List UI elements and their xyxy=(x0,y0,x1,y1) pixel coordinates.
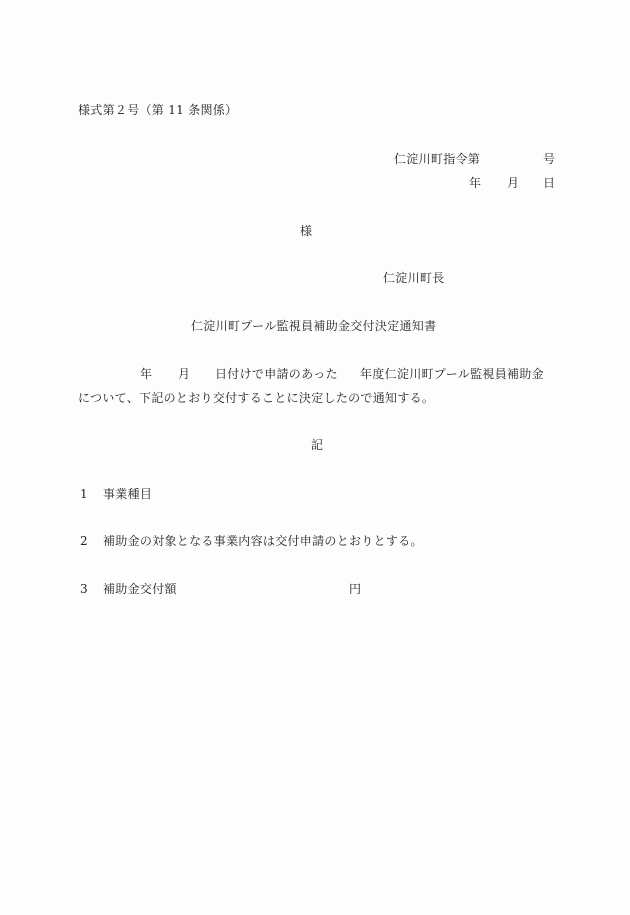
item-3-number: 3 xyxy=(80,582,88,596)
form-number: 様式第２号（第 11 条関係） xyxy=(78,103,237,117)
document-page: 様式第２号（第 11 条関係） 仁淀川町指令第 号 年 月 日 様 仁淀川町長 … xyxy=(0,0,630,915)
date-month: 月 xyxy=(507,176,519,190)
directive-suffix: 号 xyxy=(543,152,555,166)
item-3-label: 補助金交付額 xyxy=(103,582,177,596)
document-title: 仁淀川町プール監視員補助金交付決定通知書 xyxy=(191,319,436,333)
item-3-currency: 円 xyxy=(349,582,361,596)
body-fiscal-text: 年度仁淀川町プール監視員補助金 xyxy=(360,367,544,381)
item-1-number: 1 xyxy=(80,487,88,501)
body-line2: について、下記のとおり交付することに決定したので通知する。 xyxy=(78,391,434,405)
item-1-label: 事業種目 xyxy=(103,487,152,501)
body-month: 月 xyxy=(178,367,190,381)
date-day: 日 xyxy=(543,176,555,190)
recipient-honorific: 様 xyxy=(300,224,312,238)
date-year: 年 xyxy=(469,176,481,190)
item-2-label: 補助金の対象となる事業内容は交付申請のとおりとする。 xyxy=(103,534,423,548)
item-2-number: 2 xyxy=(80,534,88,548)
issuer: 仁淀川町長 xyxy=(383,271,445,285)
body-date-text: 日付けで申請のあった xyxy=(215,367,338,381)
ki-heading: 記 xyxy=(311,438,323,452)
directive-prefix: 仁淀川町指令第 xyxy=(394,152,480,166)
body-year: 年 xyxy=(140,367,152,381)
